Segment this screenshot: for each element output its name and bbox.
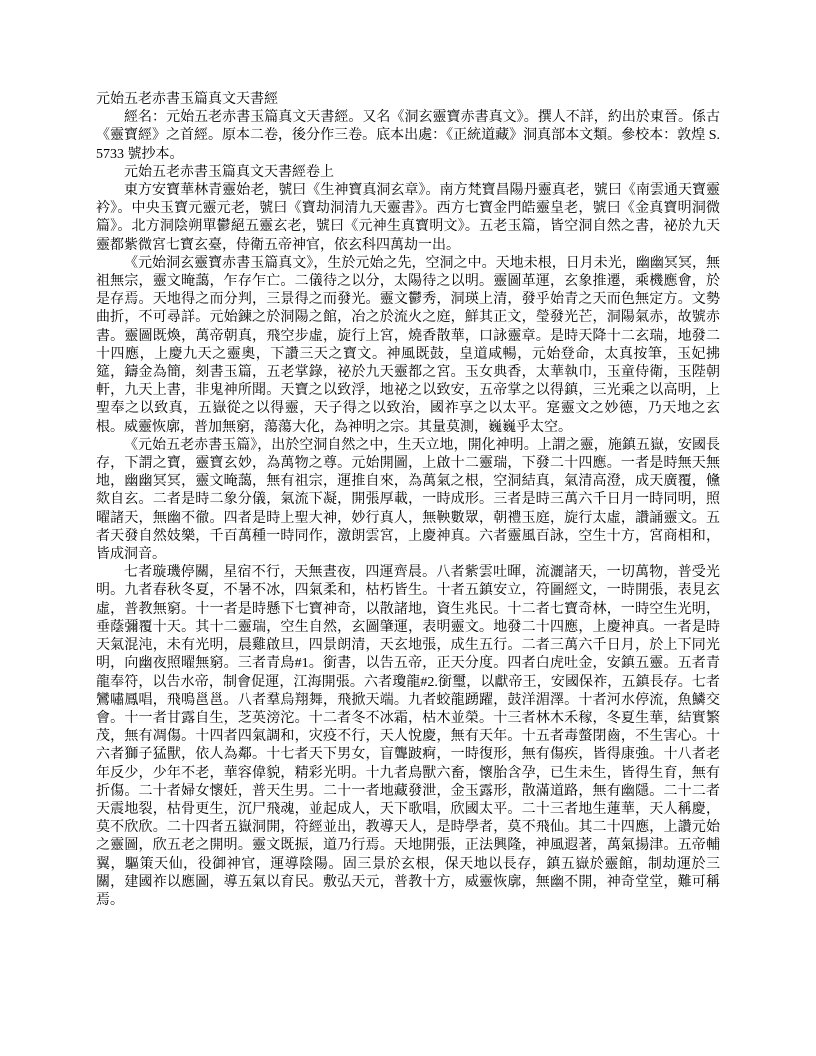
true-script-origin-paragraph: 《元始洞玄靈寶赤書玉篇真文》，生於元始之先，空洞之中。天地未根，日月未光，幽幽冥… — [96, 255, 720, 437]
five-elders-paragraph: 東方安寶華林青靈始老，號曰《生神寶真洞玄章》。南方梵寶昌陽丹靈真老，號曰《南雲通… — [96, 182, 720, 255]
twentyfour-responses-paragraph: 七者璇璣停關，星宿不行，天無晝夜，四運齊晨。八者紫雲吐暉，流灑諸天，一切萬物，普… — [96, 564, 720, 910]
bibliographic-note: 經名：元始五老赤書玉篇真文天書經。又名《洞玄靈寶赤書真文》。撰人不詳，約出於東晉… — [96, 109, 720, 164]
document-body: 元始五老赤書玉篇真文天書經 經名：元始五老赤書玉篇真文天書經。又名《洞玄靈寶赤書… — [96, 91, 720, 910]
twelve-omens-paragraph: 《元始五老赤書玉篇》，出於空洞自然之中，生天立地，開化神明。上謂之靈，施鎮五嶽，… — [96, 437, 720, 564]
document-page: 元始五老赤書玉篇真文天書經 經名：元始五老赤書玉篇真文天書經。又名《洞玄靈寶赤書… — [0, 0, 816, 1056]
volume-heading: 元始五老赤書玉篇真文天書經卷上 — [96, 164, 720, 182]
document-title: 元始五老赤書玉篇真文天書經 — [96, 91, 720, 109]
